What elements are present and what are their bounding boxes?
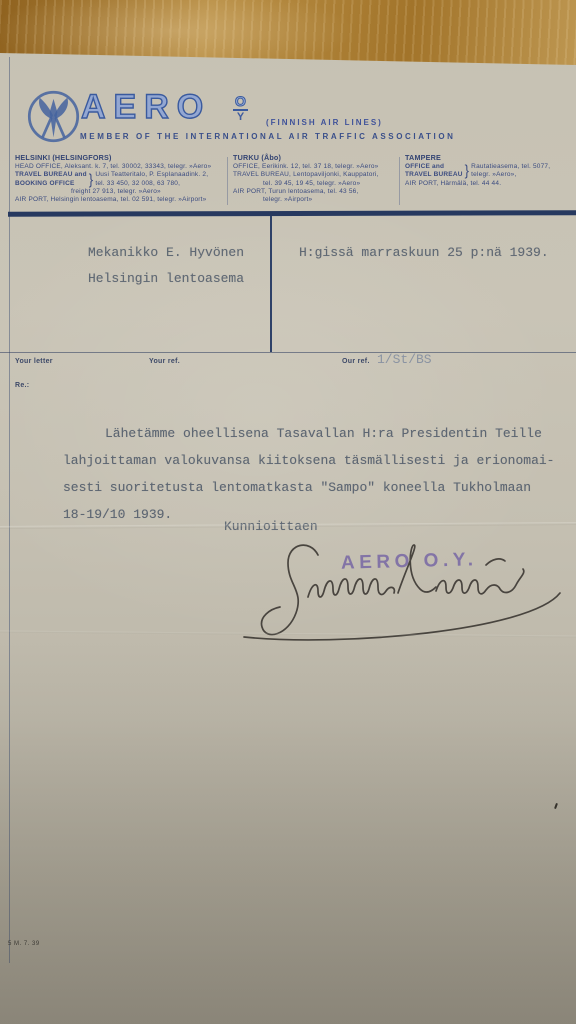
body-line-4: 18-19/10 1939. bbox=[63, 507, 172, 522]
office-line: telegr. »Aero», bbox=[471, 171, 550, 179]
office-column-helsinki: HELSINKI (HELSINGFORS) HEAD OFFICE, Alek… bbox=[15, 154, 227, 204]
office-column-separator bbox=[227, 157, 228, 205]
left-margin-rule bbox=[9, 57, 10, 963]
aero-wings-logo-icon bbox=[26, 89, 81, 144]
office-line: TRAVEL BUREAU bbox=[405, 171, 463, 179]
office-column-turku: TURKU (Åbo) OFFICE, Eerikink. 12, tel. 3… bbox=[233, 154, 398, 204]
recipient-name: Mekanikko E. Hyvönen bbox=[88, 245, 244, 260]
recipient-address: Helsingin lentoasema bbox=[88, 271, 244, 286]
office-column-separator bbox=[399, 157, 400, 205]
your-ref-label: Your ref. bbox=[149, 358, 180, 365]
letterhead-thick-rule bbox=[8, 210, 576, 216]
our-ref-label: Our ref. bbox=[342, 358, 370, 365]
office-line: TRAVEL BUREAU, Lentopaviljonki, Kauppato… bbox=[233, 171, 398, 179]
office-group-left: OFFICE and TRAVEL BUREAU bbox=[405, 163, 463, 179]
office-group: TRAVEL BUREAU and BOOKING OFFICE } Uusi … bbox=[15, 171, 227, 187]
brace-glyph: } bbox=[89, 175, 94, 184]
brand-tagline: (FINNISH AIR LINES) bbox=[266, 118, 383, 127]
office-line: Rautatieasema, tel. 5077, bbox=[471, 163, 550, 171]
office-line: AIR PORT, Härmälä, tel. 44 44. bbox=[405, 180, 570, 188]
brand-oy-o: O bbox=[235, 95, 246, 108]
office-line: BOOKING OFFICE bbox=[15, 180, 87, 188]
handwritten-signature bbox=[230, 533, 570, 648]
body-line-2: lahjoittaman valokuvansa kiitoksena täsm… bbox=[63, 453, 554, 468]
your-letter-label: Your letter bbox=[15, 358, 53, 365]
office-line: Uusi Teatteritalo, P. Esplanaadink. 2, bbox=[95, 171, 208, 179]
print-code: 5 M. 7. 39 bbox=[8, 941, 40, 947]
office-line: telegr. »Airport» bbox=[263, 196, 398, 204]
brand-oy-mark: O Y bbox=[233, 95, 248, 122]
membership-line: MEMBER OF THE INTERNATIONAL AIR TRAFFIC … bbox=[80, 132, 456, 141]
address-date-divider bbox=[270, 216, 272, 352]
office-group: OFFICE and TRAVEL BUREAU } Rautatieasema… bbox=[405, 163, 570, 179]
office-line: HEAD OFFICE, Aleksant. k. 7, tel. 30002,… bbox=[15, 163, 227, 171]
office-line: tel. 33 450, 32 008, 63 780, bbox=[95, 180, 208, 188]
office-city: TAMPERE bbox=[405, 154, 570, 162]
body-line-1: Lähetämme oheellisena Tasavallan H:ra Pr… bbox=[105, 426, 542, 441]
office-line: freight 27 913, telegr. »Aero» bbox=[71, 188, 227, 196]
office-line: OFFICE and bbox=[405, 163, 463, 171]
office-city: TURKU (Åbo) bbox=[233, 154, 398, 162]
office-group-left: TRAVEL BUREAU and BOOKING OFFICE bbox=[15, 171, 87, 187]
photograph-of-letter: AERO O Y (FINNISH AIR LINES) MEMBER OF T… bbox=[0, 0, 576, 1024]
office-line: OFFICE, Eerikink. 12, tel. 37 18, telegr… bbox=[233, 163, 398, 171]
reference-row-rule bbox=[0, 352, 576, 353]
re-label: Re.: bbox=[15, 382, 29, 389]
brace-glyph: } bbox=[465, 167, 470, 176]
office-group-right: Rautatieasema, tel. 5077, telegr. »Aero»… bbox=[471, 163, 550, 179]
body-line-3: sesti suoritetusta lentomatkasta "Sampo"… bbox=[63, 480, 531, 495]
office-line: TRAVEL BUREAU and bbox=[15, 171, 87, 179]
salutation: Kunnioittaen bbox=[224, 519, 318, 534]
office-group-right: Uusi Teatteritalo, P. Esplanaadink. 2, t… bbox=[95, 171, 208, 187]
office-line: tel. 39 45, 19 45, telegr. »Aero» bbox=[263, 180, 398, 188]
ink-speck bbox=[554, 803, 558, 809]
office-line: AIR PORT, Turun lentoasema, tel. 43 56, bbox=[233, 188, 398, 196]
letter-paper: AERO O Y (FINNISH AIR LINES) MEMBER OF T… bbox=[0, 0, 576, 1024]
brand-oy-y: Y bbox=[237, 112, 244, 122]
brand-wordmark: AERO bbox=[81, 90, 211, 124]
office-column-tampere: TAMPERE OFFICE and TRAVEL BUREAU } Rauta… bbox=[405, 154, 570, 188]
dateline: H:gissä marraskuun 25 p:nä 1939. bbox=[299, 245, 549, 260]
office-city: HELSINKI (HELSINGFORS) bbox=[15, 154, 227, 162]
our-ref-value: 1/St/BS bbox=[377, 352, 432, 367]
office-line: AIR PORT, Helsingin lentoasema, tel. 02 … bbox=[15, 196, 227, 204]
